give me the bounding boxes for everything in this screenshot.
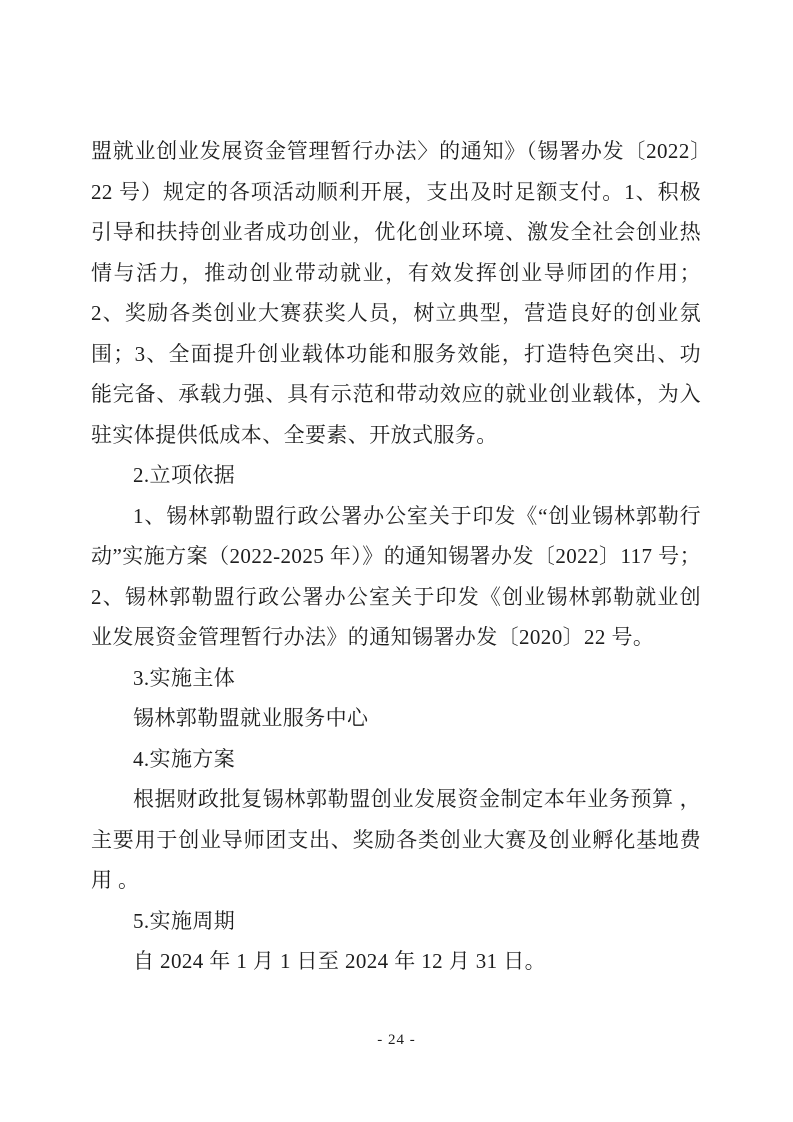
paragraph: 3.实施主体 <box>91 658 701 699</box>
document-body: 盟就业创业发展资金管理暂行办法〉的通知》（锡署办发〔2022〕22 号）规定的各… <box>91 131 701 982</box>
page-footer: - 24 - <box>0 1031 793 1049</box>
paragraph: 自 2024 年 1 月 1 日至 2024 年 12 月 31 日。 <box>91 941 701 982</box>
paragraph: 5.实施周期 <box>91 901 701 942</box>
paragraph: 锡林郭勒盟就业服务中心 <box>91 698 701 739</box>
paragraph: 4.实施方案 <box>91 739 701 780</box>
paragraph: 盟就业创业发展资金管理暂行办法〉的通知》（锡署办发〔2022〕22 号）规定的各… <box>91 131 701 455</box>
page-number: - 24 - <box>377 1032 416 1048</box>
paragraph: 2.立项依据 <box>91 455 701 496</box>
paragraph: 1、锡林郭勒盟行政公署办公室关于印发《“创业锡林郭勒行动”实施方案（2022-2… <box>91 496 701 658</box>
paragraph: 根据财政批复锡林郭勒盟创业发展资金制定本年业务预算 ，主要用于创业导师团支出、奖… <box>91 779 701 901</box>
document-page: 盟就业创业发展资金管理暂行办法〉的通知》（锡署办发〔2022〕22 号）规定的各… <box>0 0 793 1122</box>
